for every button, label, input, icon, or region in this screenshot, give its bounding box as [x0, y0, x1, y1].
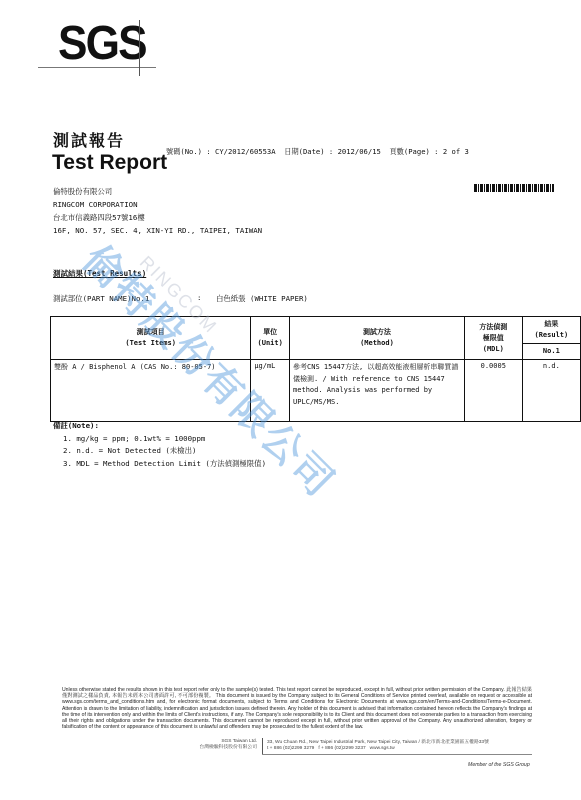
date-label: 日期(Date) : — [284, 147, 333, 156]
client-address-zh: 台北市信義路四段57號16樓 — [53, 211, 262, 224]
report-meta: 號碼(No.) : CY/2012/60553A 日期(Date) : 2012… — [166, 147, 469, 157]
legal-disclaimer: Unless otherwise stated the results show… — [62, 687, 532, 730]
part-name-value: 白色紙張 (WHITE PAPER) — [216, 293, 308, 304]
logo-rule-vertical — [139, 20, 140, 76]
footer-company-zh: 台灣檢驗科技股份有限公司 — [175, 745, 257, 751]
footer-rule — [262, 754, 532, 755]
header-result-sample: No.1 — [522, 344, 580, 360]
client-name-zh: 倫特股份有限公司 — [53, 185, 262, 198]
report-title-en: Test Report — [52, 151, 167, 175]
cell-method: 參考CNS 15447方法, 以超高效能液相層析串聯質譜儀檢測. / With … — [290, 360, 465, 422]
header-method: 測試方法(Method) — [290, 317, 465, 360]
footer-divider — [262, 738, 263, 754]
results-heading: 測試結果(Test Results) — [53, 268, 146, 279]
footer-company: SGS Taiwan Ltd. 台灣檢驗科技股份有限公司 — [175, 739, 257, 751]
table-row: 雙酚 A / Bisphenol A (CAS No.: 80-05-7) μg… — [51, 360, 581, 422]
header-mdl: 方法偵測極限值(MDL) — [464, 317, 522, 360]
cell-unit: μg/mL — [251, 360, 290, 422]
results-table: 測試項目(Test Items) 單位(Unit) 測試方法(Method) 方… — [50, 316, 581, 422]
part-name-colon: : — [197, 293, 201, 302]
table-header-row: 測試項目(Test Items) 單位(Unit) 測試方法(Method) 方… — [51, 317, 581, 344]
report-no-label: 號碼(No.) : — [166, 147, 211, 156]
notes-title: 備註(Note): — [53, 420, 266, 433]
note-item: 2. n.d. = Not Detected (未檢出) — [53, 445, 266, 458]
note-item: 1. mg/kg = ppm; 0.1wt% = 1000ppm — [53, 433, 266, 446]
footer-address: 33, Wu Chuan Rd., New Taipei Industrial … — [267, 740, 489, 752]
cell-test-item: 雙酚 A / Bisphenol A (CAS No.: 80-05-7) — [51, 360, 251, 422]
header-unit: 單位(Unit) — [251, 317, 290, 360]
sgs-group-member: Member of the SGS Group — [468, 762, 530, 768]
cell-result: n.d. — [522, 360, 580, 422]
barcode — [474, 184, 554, 192]
notes: 備註(Note): 1. mg/kg = ppm; 0.1wt% = 1000p… — [53, 420, 266, 470]
client-address-en: 16F, NO. 57, SEC. 4, XIN-YI RD., TAIPEI,… — [53, 224, 262, 237]
report-no: CY/2012/60553A — [215, 147, 276, 156]
header-test-items: 測試項目(Test Items) — [51, 317, 251, 360]
sgs-logo: SGS — [58, 20, 146, 68]
part-name-label: 測試部位(PART NAME)No.1 — [53, 293, 149, 304]
client-info: 倫特股份有限公司 RINGCOM CORPORATION 台北市信義路四段57號… — [53, 185, 262, 237]
report-date: 2012/06/15 — [338, 147, 381, 156]
page-number: 2 of 3 — [443, 147, 469, 156]
page-label: 頁數(Page) : — [390, 147, 439, 156]
report-title-zh: 測試報告 — [53, 128, 125, 151]
cell-mdl: 0.0005 — [464, 360, 522, 422]
header-result: 結果(Result) — [522, 317, 580, 344]
client-name-en: RINGCOM CORPORATION — [53, 198, 262, 211]
note-item: 3. MDL = Method Detection Limit (方法偵測極限值… — [53, 458, 266, 471]
